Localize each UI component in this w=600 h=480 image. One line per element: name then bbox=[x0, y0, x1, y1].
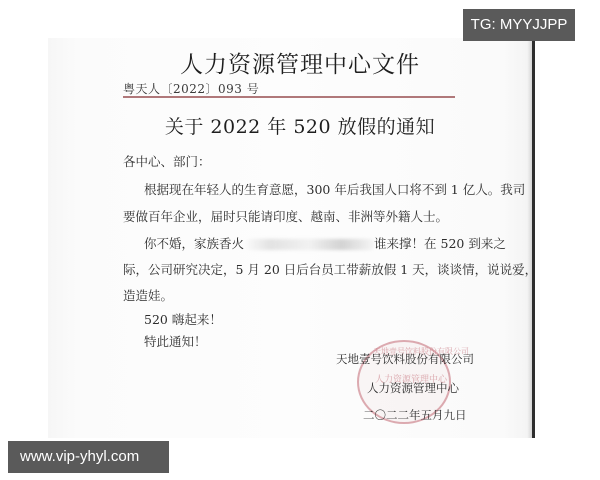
salutation: 各中心、部门： bbox=[123, 152, 211, 170]
page-edge-line bbox=[532, 38, 535, 438]
paragraph-1-line-1: 根据现在年轻人的生育意愿，300 年后我国人口将不到 1 亿人。我司 bbox=[144, 180, 525, 198]
paragraph-2-line-3: 造造娃。 bbox=[123, 286, 173, 304]
paragraph-2-start: 你不婚，家族香火 bbox=[144, 236, 244, 251]
paragraph-2-line-1: 你不婚，家族香火谁来撑！在 520 到来之 bbox=[144, 234, 506, 252]
document-title: 关于 2022 年 520 放假的通知 bbox=[0, 112, 600, 139]
paragraph-2-line-2: 际，公司研究决定，5 月 20 日后台员工带薪放假 1 天，谈谈情，说说爱， bbox=[123, 260, 537, 278]
watermark-badge-url: www.vip-yhyl.com bbox=[8, 441, 169, 473]
signature-department: 人力资源管理中心 bbox=[367, 380, 459, 396]
document-header: 人力资源管理中心文件 bbox=[0, 46, 600, 79]
signature-company: 天地壹号饮料股份有限公司 bbox=[336, 351, 474, 367]
header-divider bbox=[123, 96, 455, 98]
redacted-blur bbox=[244, 239, 374, 250]
paragraph-2-end: 谁来撑！在 520 到来之 bbox=[374, 236, 506, 251]
screenshot-canvas: 人力资源管理中心文件 粤天人〔2022〕093 号 关于 2022 年 520 … bbox=[0, 0, 600, 480]
paragraph-3: 520 嗨起来！ bbox=[144, 310, 222, 328]
signature-date: 二〇二二年五月九日 bbox=[363, 407, 467, 423]
watermark-badge-tg: TG: MYYJJPP bbox=[463, 9, 575, 41]
document-number: 粤天人〔2022〕093 号 bbox=[123, 80, 259, 97]
paragraph-4: 特此通知！ bbox=[144, 332, 207, 350]
paragraph-1-line-2: 要做百年企业，届时只能请印度、越南、非洲等外籍人士。 bbox=[123, 207, 448, 225]
